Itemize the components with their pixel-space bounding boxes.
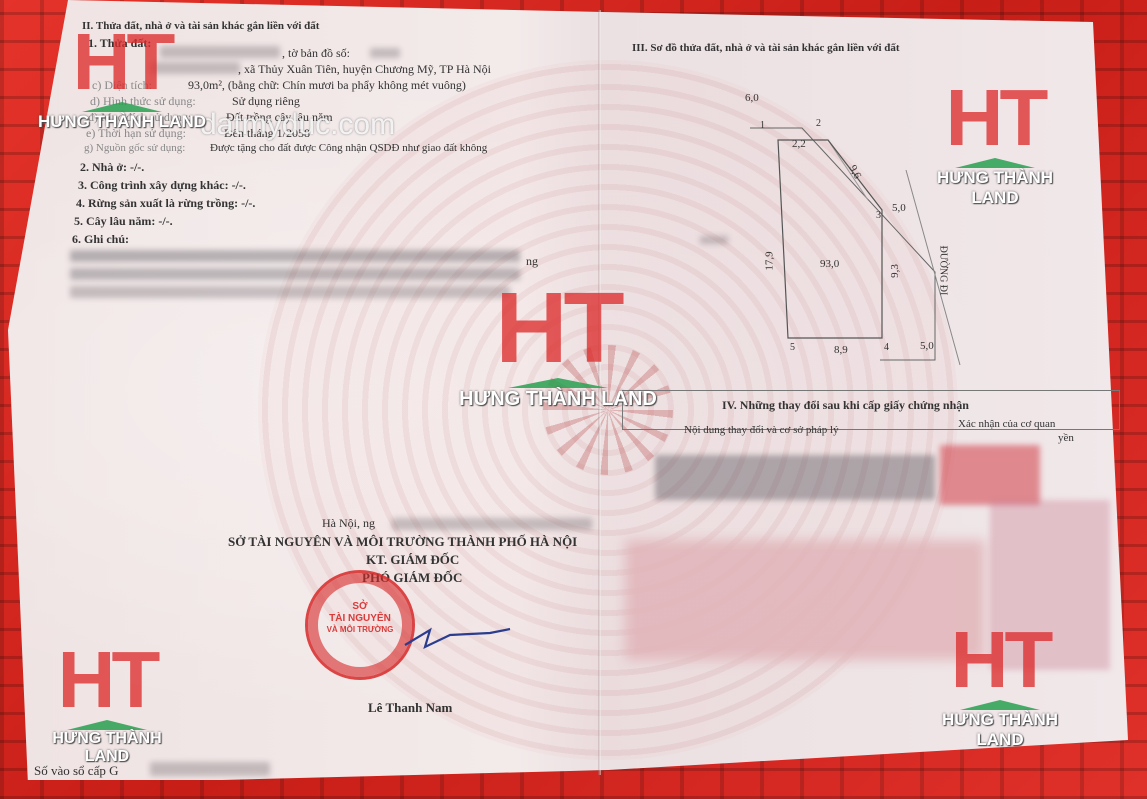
section-iv-col-1: Nội dung thay đổi và cơ sở pháp lý: [684, 424, 839, 436]
logo-brand: HƯNG THÀNH LAND: [920, 710, 1080, 750]
area-label-diagram: 93,0: [820, 258, 839, 270]
redacted-date: [392, 518, 592, 530]
road-label: ĐƯỜNG ĐI: [937, 246, 948, 296]
place-date: Hà Nội, ng: [322, 516, 375, 531]
point-4: 4: [884, 342, 889, 353]
notes-tail: ng: [526, 254, 538, 269]
use-form-value: Sử dụng riêng: [232, 94, 300, 109]
redacted-neighbor: [700, 236, 728, 244]
section-iv-col-2: Xác nhận của cơ quan: [958, 418, 1055, 430]
point-1: 1: [760, 120, 765, 131]
watermark-logo-top-left: HT HƯNG THÀNH LAND: [32, 22, 212, 132]
area-value: 93,0m², (bằng chữ: Chín mươi ba phẩy khô…: [188, 78, 466, 93]
logo-brand: HƯNG THÀNH LAND: [458, 388, 658, 411]
stamp-line-2: TÀI NGUYÊN: [308, 613, 412, 625]
dim-left: 17,9: [764, 251, 776, 270]
dim-right-upper: 9,3: [889, 264, 901, 278]
dim-top: 6,0: [745, 92, 759, 104]
watermark-logo-bottom-right: HT HƯNG THÀNH LAND: [920, 620, 1080, 750]
point-2: 2: [816, 118, 821, 129]
origin-label: g) Nguồn gốc sử dụng:: [84, 142, 185, 154]
origin-value: Được tặng cho đất được Công nhận QSDĐ nh…: [210, 142, 487, 154]
item-4-forest: 4. Rừng sản xuất là rừng trồng: -/-.: [76, 196, 255, 211]
point-3: 3: [876, 210, 881, 221]
logo-brand: HƯNG THÀNH LAND: [32, 730, 182, 766]
site-watermark: datmyduc.com: [200, 108, 395, 142]
watermark-logo-bottom-left: HT HƯNG THÀNH LAND: [32, 640, 182, 766]
redacted-map-sheet: [370, 48, 400, 58]
item-6-notes: 6. Ghi chú:: [72, 232, 129, 247]
item-3-other-works: 3. Công trình xây dựng khác: -/-.: [78, 178, 246, 193]
section-iv-col-2-tail: yền: [1058, 432, 1074, 444]
for-director: KT. GIÁM ĐỐC: [366, 552, 459, 568]
address-text: , xã Thủy Xuân Tiên, huyện Chương Mỹ, TP…: [238, 62, 491, 77]
official-red-stamp: SỞ TÀI NGUYÊN VÀ MÔI TRƯỜNG: [305, 570, 415, 680]
logo-letters: HT: [32, 22, 212, 102]
watermark-logo-top-right: HT HƯNG THÀNH LAND: [915, 78, 1075, 208]
signer-name: Lê Thanh Nam: [368, 700, 452, 716]
section-iv-title: IV. Những thay đổi sau khi cấp giấy chứn…: [722, 398, 969, 413]
logo-letters: HT: [915, 78, 1075, 158]
redacted-change-content: [655, 455, 935, 500]
map-sheet-label: , tờ bản đồ số:: [282, 46, 350, 61]
redacted-confirmation-stamp: [940, 445, 1040, 505]
logo-letters: HT: [920, 620, 1080, 700]
item-5-perennial: 5. Cây lâu năm: -/-.: [74, 214, 173, 229]
stamp-line-3: VÀ MÔI TRƯỜNG: [308, 625, 412, 635]
section-iii-title: III. Sơ đồ thửa đất, nhà ở và tài sản kh…: [632, 42, 900, 54]
logo-letters: HT: [32, 640, 182, 720]
dim-top-inner: 2,2: [792, 138, 806, 150]
point-5: 5: [790, 342, 795, 353]
logo-brand: HƯNG THÀNH LAND: [32, 112, 212, 132]
watermark-logo-center: HT HƯNG THÀNH LAND: [458, 278, 658, 411]
stamp-line-1: SỞ: [308, 601, 412, 613]
redacted-notes-line-3: [70, 286, 510, 298]
logo-letters: HT: [458, 278, 658, 378]
logo-brand: HƯNG THÀNH LAND: [915, 168, 1075, 208]
dim-road-bottom: 5,0: [920, 340, 934, 352]
handwritten-signature: [400, 615, 520, 655]
redacted-notes-line-1: [70, 250, 520, 262]
dim-road-top: 5,0: [892, 202, 906, 214]
issuing-agency: SỞ TÀI NGUYÊN VÀ MÔI TRƯỜNG THÀNH PHỐ HÀ…: [228, 534, 577, 550]
dim-bottom: 8,9: [834, 344, 848, 356]
item-2-house: 2. Nhà ở: -/-.: [80, 160, 144, 175]
redacted-notes-line-2: [70, 268, 520, 280]
